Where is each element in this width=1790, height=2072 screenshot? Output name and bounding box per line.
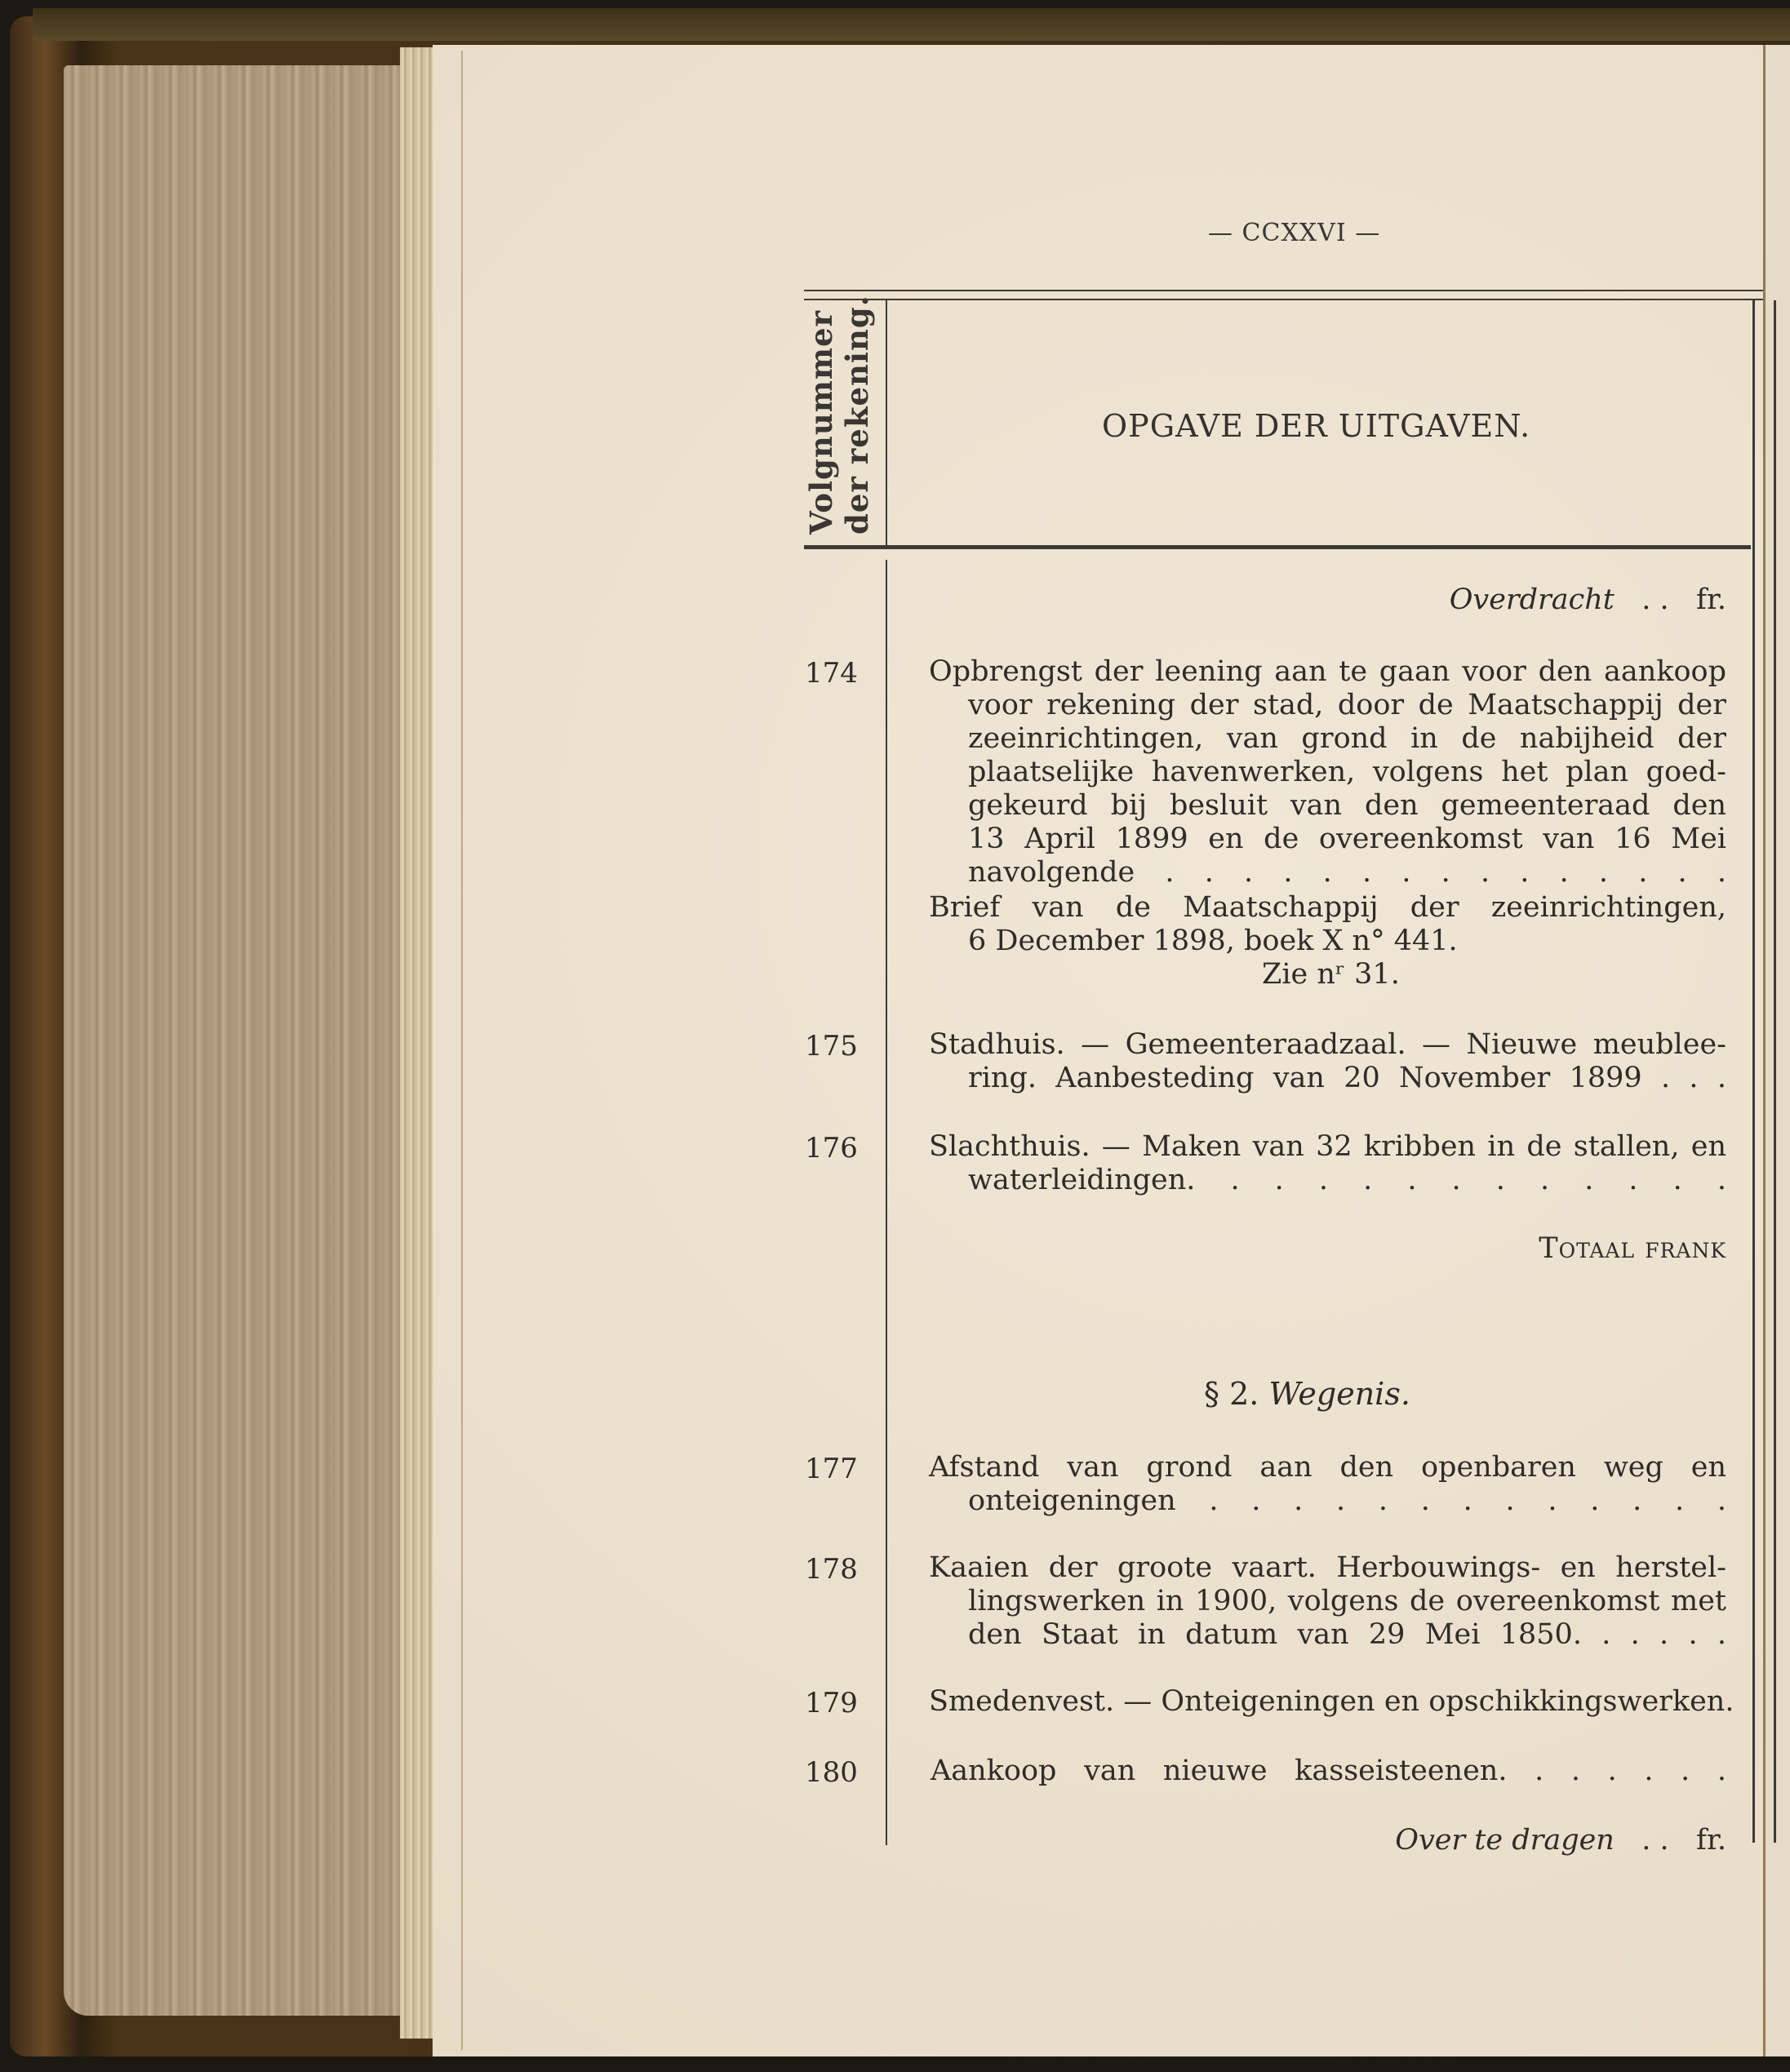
entry-line: lingswerken in 1900, volgens de overeenk…	[968, 1585, 1726, 1618]
carry-out-label: Over te dragen	[1395, 1824, 1615, 1857]
page-edge-line	[461, 51, 463, 2050]
entry-note-line: Brief van de Maatschappij der zeeinricht…	[929, 891, 1726, 925]
entry-line: Kaaien der groote vaart. Herbouwings- en…	[929, 1551, 1726, 1585]
column-header-number-line-1: Volgnummer	[803, 310, 839, 535]
page-number-header: — CCXXVI —	[1208, 219, 1380, 247]
entry-line: 13 April 1899 en de overeenkomst van 16 …	[968, 823, 1726, 856]
carry-out-unit: fr.	[1696, 1824, 1726, 1857]
entry-cross-reference: Zie nʳ 31.	[1262, 958, 1400, 992]
carry-out-leader: . .	[1641, 1824, 1668, 1857]
column-header-number-line-2: der rekening.	[839, 295, 875, 535]
right-column-rule	[1752, 300, 1755, 1843]
entry-number: 175	[805, 1030, 858, 1063]
column-separator-body	[886, 560, 887, 1845]
carry-in-row: Overdracht . . fr.	[1450, 583, 1726, 617]
entry-number: 174	[805, 657, 858, 690]
entry-line: voor rekening der stad, door de Maatscha…	[968, 689, 1726, 722]
carry-in-unit: fr.	[1696, 583, 1726, 616]
entry-line: Slachthuis. — Maken van 32 kribben in de…	[929, 1130, 1726, 1164]
carry-in-label: Overdracht	[1450, 583, 1615, 616]
table-top-rule-2	[804, 299, 1763, 300]
column-header-number: Volgnummer der rekening.	[803, 322, 868, 535]
entry-line: Aankoop van nieuwe kasseisteenen. . . . …	[931, 1755, 1726, 1788]
header-bottom-rule	[804, 545, 1751, 549]
entry-line: den Staat in datum van 29 Mei 1850. . . …	[968, 1618, 1726, 1652]
section-heading: § 2. Wegenis.	[1204, 1378, 1410, 1411]
right-column-rule-2	[1774, 300, 1776, 1843]
column-separator-header	[886, 300, 887, 545]
entry-line: zeeinrichtingen, van grond in de nabijhe…	[968, 722, 1726, 756]
entry-line: plaatselijke havenwerken, volgens het pl…	[968, 756, 1726, 789]
entry-line: onteigeningen . . . . . . . . . . . . .	[968, 1484, 1726, 1518]
column-header-expenses: OPGAVE DER UITGAVEN.	[1102, 408, 1530, 444]
entry-line: navolgende . . . . . . . . . . . . . . .	[968, 856, 1726, 890]
book-cover-top-edge	[33, 8, 1790, 41]
entry-line: Smedenvest. — Onteigeningen en opschikki…	[929, 1685, 1726, 1719]
entry-line: waterleidingen. . . . . . . . . . . . .	[968, 1164, 1726, 1197]
entry-line: Stadhuis. — Gemeenteraadzaal. — Nieuwe m…	[929, 1028, 1726, 1062]
entry-number: 180	[805, 1756, 858, 1789]
entry-number: 177	[805, 1453, 858, 1485]
carry-out-row: Over te dragen . . fr.	[1395, 1824, 1726, 1857]
total-label: Totaal frank	[1539, 1232, 1726, 1266]
section-symbol: § 2.	[1204, 1376, 1259, 1412]
next-page-edge	[1763, 45, 1790, 2056]
entry-line: Opbrengst der leening aan te gaan voor d…	[929, 655, 1726, 689]
entry-line: gekeurd bij besluit van den gemeenteraad…	[968, 789, 1726, 823]
entry-number: 179	[805, 1687, 858, 1719]
entry-line: Afstand van grond aan den openbaren weg …	[929, 1451, 1726, 1484]
page-fore-edge-stack	[64, 65, 415, 2016]
entry-note-line: 6 December 1898, boek X n° 441.	[968, 925, 1458, 958]
section-title: Wegenis.	[1268, 1376, 1410, 1412]
entry-number: 176	[805, 1132, 858, 1165]
entry-number: 178	[805, 1553, 858, 1586]
carry-in-leader: . .	[1641, 583, 1668, 616]
entry-line: ring. Aanbesteding van 20 November 1899 …	[968, 1062, 1726, 1095]
table-top-rule-1	[804, 290, 1763, 291]
